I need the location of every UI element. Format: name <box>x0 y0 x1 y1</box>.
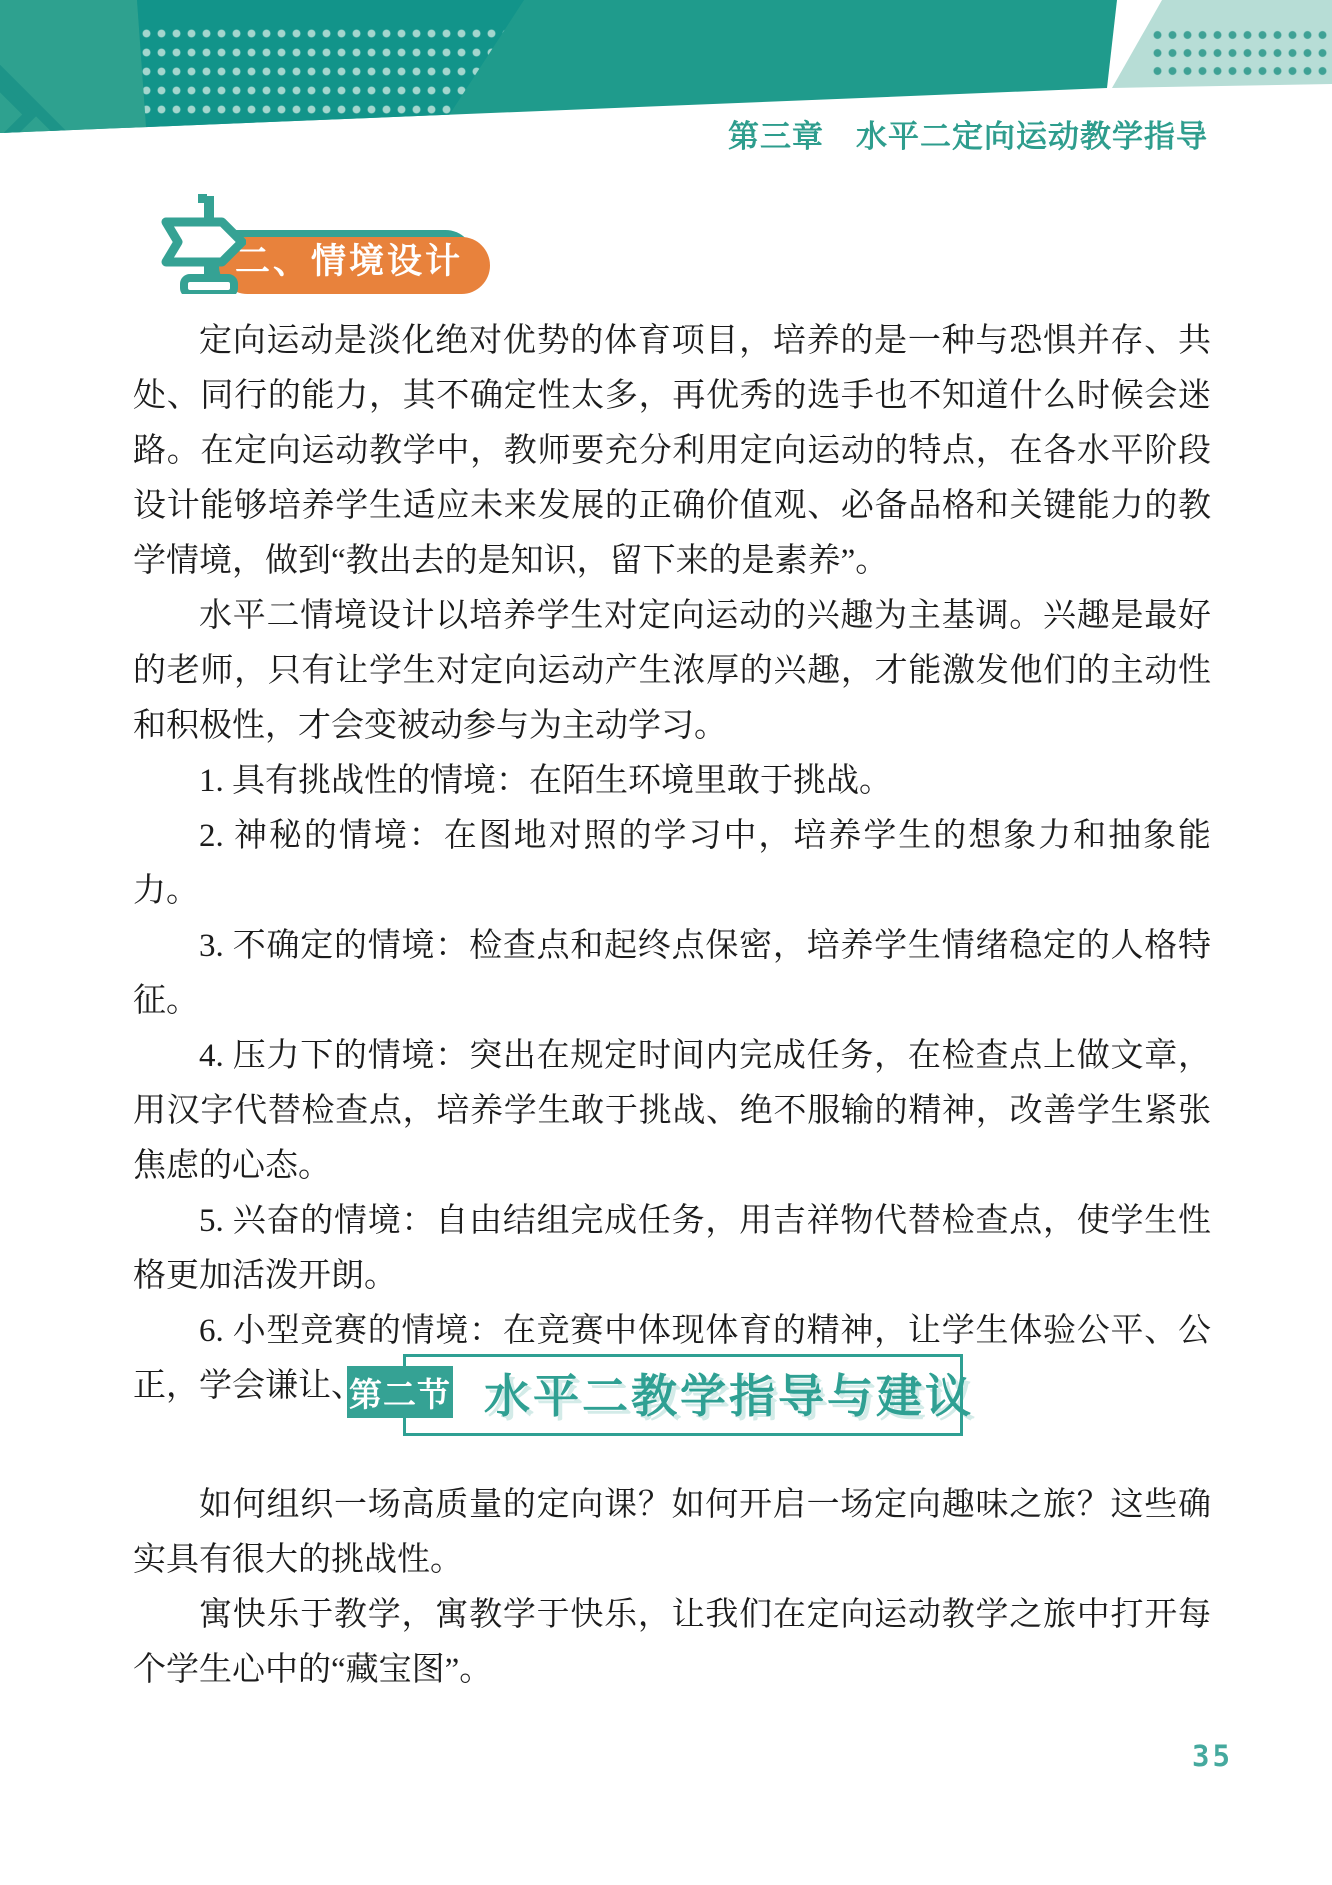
dot-grid-pattern <box>139 24 519 122</box>
signpost-icon <box>156 194 246 294</box>
section-banner-title: 水平二教学指导与建议 <box>484 1368 974 1418</box>
body-text-block-2: 如何组织一场高质量的定向课？如何开启一场定向趣味之旅？这些确实具有很大的挑战性。… <box>133 1478 1211 1698</box>
chevron-decoration-icon <box>0 51 78 233</box>
list-item: 4. 压力下的情境：突出在规定时间内完成任务，在检查点上做文章，用汉字代替检查点… <box>133 1029 1211 1194</box>
paragraph: 定向运动是淡化绝对优势的体育项目，培养的是一种与恐惧并存、共处、同行的能力，其不… <box>133 314 1211 589</box>
chapter-running-head: 第三章 水平二定向运动教学指导 <box>728 120 1208 154</box>
paragraph: 如何组织一场高质量的定向课？如何开启一场定向趣味之旅？这些确实具有很大的挑战性。 <box>133 1478 1211 1588</box>
paragraph: 寓快乐于教学，寓教学于快乐，让我们在定向运动教学之旅中打开每个学生心中的“藏宝图… <box>133 1588 1211 1698</box>
page-number: 35 <box>1192 1739 1233 1773</box>
list-item: 1. 具有挑战性的情境：在陌生环境里敢于挑战。 <box>133 754 1211 809</box>
list-item: 2. 神秘的情境：在图地对照的学习中，培养学生的想象力和抽象能力。 <box>133 809 1211 919</box>
section-heading-label: 二、情境设计 <box>239 230 459 287</box>
dot-grid-pattern <box>1150 26 1332 84</box>
section-banner-badge: 第二节 <box>347 1366 453 1418</box>
list-item: 3. 不确定的情境：检查点和起终点保密，培养学生情绪稳定的人格特征。 <box>133 919 1211 1029</box>
body-text-block: 定向运动是淡化绝对优势的体育项目，培养的是一种与恐惧并存、共处、同行的能力，其不… <box>133 314 1211 1414</box>
list-item: 5. 兴奋的情境：自由结组完成任务，用吉祥物代替检查点，使学生性格更加活泼开朗。 <box>133 1194 1211 1304</box>
book-page: 第三章 水平二定向运动教学指导 二、情境设计 定向运动是淡化绝对优势的体育项目，… <box>0 0 1332 1885</box>
paragraph: 水平二情境设计以培养学生对定向运动的兴趣为主基调。兴趣是最好的老师，只有让学生对… <box>133 589 1211 754</box>
